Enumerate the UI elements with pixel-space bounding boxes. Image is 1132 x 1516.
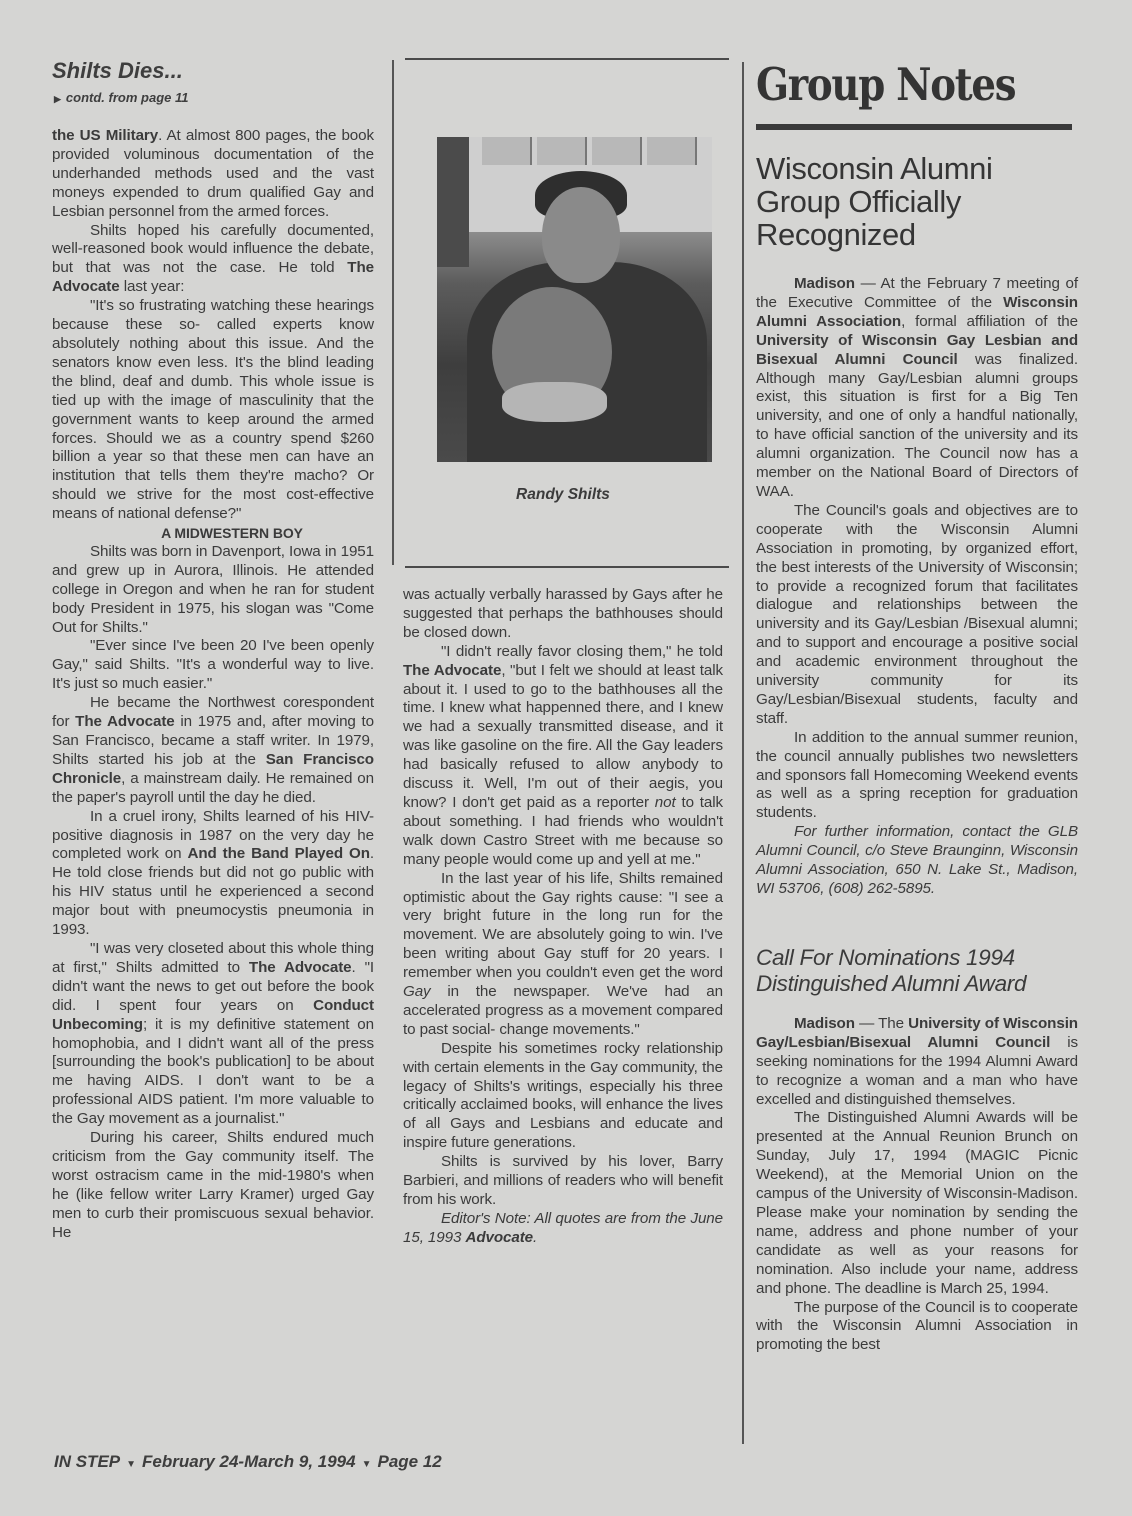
- paragraph: Madison — The University of Wisconsin Ga…: [756, 1015, 1078, 1110]
- paragraph: The Council's goals and objectives are t…: [756, 502, 1078, 729]
- paragraph: the US Military. At almost 800 pages, th…: [52, 127, 374, 222]
- paragraph: The Distinguished Alumni Awards will be …: [756, 1109, 1078, 1298]
- photo-box-bottom-rule: [405, 566, 729, 568]
- paragraph: was actually verbally harassed by Gays a…: [403, 586, 723, 643]
- section-title-rule: [756, 124, 1072, 130]
- paragraph: In addition to the annual summer reunion…: [756, 729, 1078, 824]
- paragraph: He became the Northwest corespondent for…: [52, 694, 374, 807]
- quote-paragraph: "It's so frustrating watching these hear…: [52, 297, 374, 524]
- paragraph: "I was very closeted about this whole th…: [52, 940, 374, 1129]
- article-body: Madison — At the February 7 meeting of t…: [756, 275, 1078, 899]
- paragraph: In the last year of his life, Shilts rem…: [403, 870, 723, 1040]
- triangle-right-icon: ▶: [54, 94, 61, 104]
- paragraph: Despite his sometimes rocky relationship…: [403, 1040, 723, 1153]
- page-footer: IN STEP▼February 24-March 9, 1994▼Page 1…: [54, 1452, 442, 1472]
- article-headline: Wisconsin Alumni Group Officially Recogn…: [756, 152, 1078, 251]
- continued-from-label: ▶contd. from page 11: [54, 90, 374, 105]
- article-shilts-dies-continued-2: was actually verbally harassed by Gays a…: [403, 586, 723, 1248]
- randy-shilts-photo: [437, 137, 712, 462]
- publication-name: IN STEP: [54, 1452, 120, 1471]
- article-title: Shilts Dies...: [52, 58, 374, 84]
- article-shilts-dies-continued: Shilts Dies... ▶contd. from page 11 the …: [52, 58, 374, 1242]
- section-subhead: A MIDWESTERN BOY: [52, 524, 374, 543]
- paragraph: "Ever since I've been 20 I've been openl…: [52, 637, 374, 694]
- paragraph: In a cruel irony, Shilts learned of his …: [52, 808, 374, 940]
- paragraph: Madison — At the February 7 meeting of t…: [756, 275, 1078, 502]
- article-headline: Call For Nominations 1994 Distinguished …: [756, 945, 1078, 997]
- triangle-down-icon: ▼: [362, 1459, 372, 1470]
- paragraph: The purpose of the Council is to coopera…: [756, 1299, 1078, 1356]
- paragraph: Shilts was born in Davenport, Iowa in 19…: [52, 543, 374, 638]
- triangle-down-icon: ▼: [126, 1459, 136, 1470]
- article-body: the US Military. At almost 800 pages, th…: [52, 127, 374, 1242]
- section-title: Group Notes: [756, 58, 1033, 112]
- contact-info: For further information, contact the GLB…: [756, 823, 1078, 899]
- photo-box-left-rule: [392, 60, 394, 565]
- issue-dates: February 24-March 9, 1994: [142, 1452, 356, 1471]
- photo-caption: Randy Shilts: [403, 486, 723, 504]
- paragraph: During his career, Shilts endured much c…: [52, 1129, 374, 1242]
- paragraph: Shilts is survived by his lover, Barry B…: [403, 1153, 723, 1210]
- article-body: Madison — The University of Wisconsin Ga…: [756, 1015, 1078, 1355]
- photo-box-top-rule: [405, 58, 729, 60]
- paragraph: Shilts hoped his carefully documented, w…: [52, 222, 374, 298]
- paragraph: "I didn't really favor closing them," he…: [403, 643, 723, 870]
- editors-note: Editor's Note: All quotes are from the J…: [403, 1210, 723, 1248]
- column-divider: [742, 62, 744, 1444]
- article-body: was actually verbally harassed by Gays a…: [403, 586, 723, 1248]
- group-notes-section: Group Notes Wisconsin Alumni Group Offic…: [756, 58, 1078, 1355]
- page-number: Page 12: [378, 1452, 442, 1471]
- newspaper-page: Shilts Dies... ▶contd. from page 11 the …: [0, 0, 1132, 1516]
